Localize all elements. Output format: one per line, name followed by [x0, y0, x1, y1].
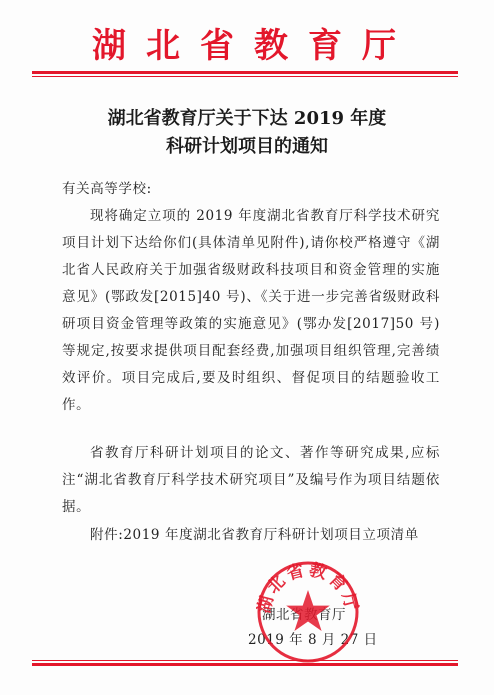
- signature-organization: 湖北省教育厅: [262, 603, 346, 623]
- salutation: 有关高等学校:: [62, 176, 440, 203]
- body-paragraph-2: 省教育厅科研计划项目的论文、著作等研究成果,应标注“湖北省教育厅科学技术研究项目…: [62, 440, 440, 521]
- document-title-line-1: 湖北省教育厅关于下达 2019 年度: [0, 105, 494, 133]
- document-title-line-2: 科研计划项目的通知: [0, 133, 494, 161]
- footer-rule-thick: [32, 663, 458, 666]
- footer-rule-thin: [32, 660, 458, 661]
- signature-date: 2019 年 8 月 27 日: [248, 628, 378, 648]
- body-paragraph-1: 现将确定立项的 2019 年度湖北省教育厅科学技术研究项目计划下达给你们(具体清…: [62, 203, 440, 419]
- header-rule-thick: [32, 71, 458, 74]
- masthead-title: 湖北省教育厅: [0, 26, 494, 66]
- attachment-note: 附件:2019 年度湖北省教育厅科研计划项目立项清单: [90, 522, 450, 549]
- header-rule-thin: [32, 76, 458, 77]
